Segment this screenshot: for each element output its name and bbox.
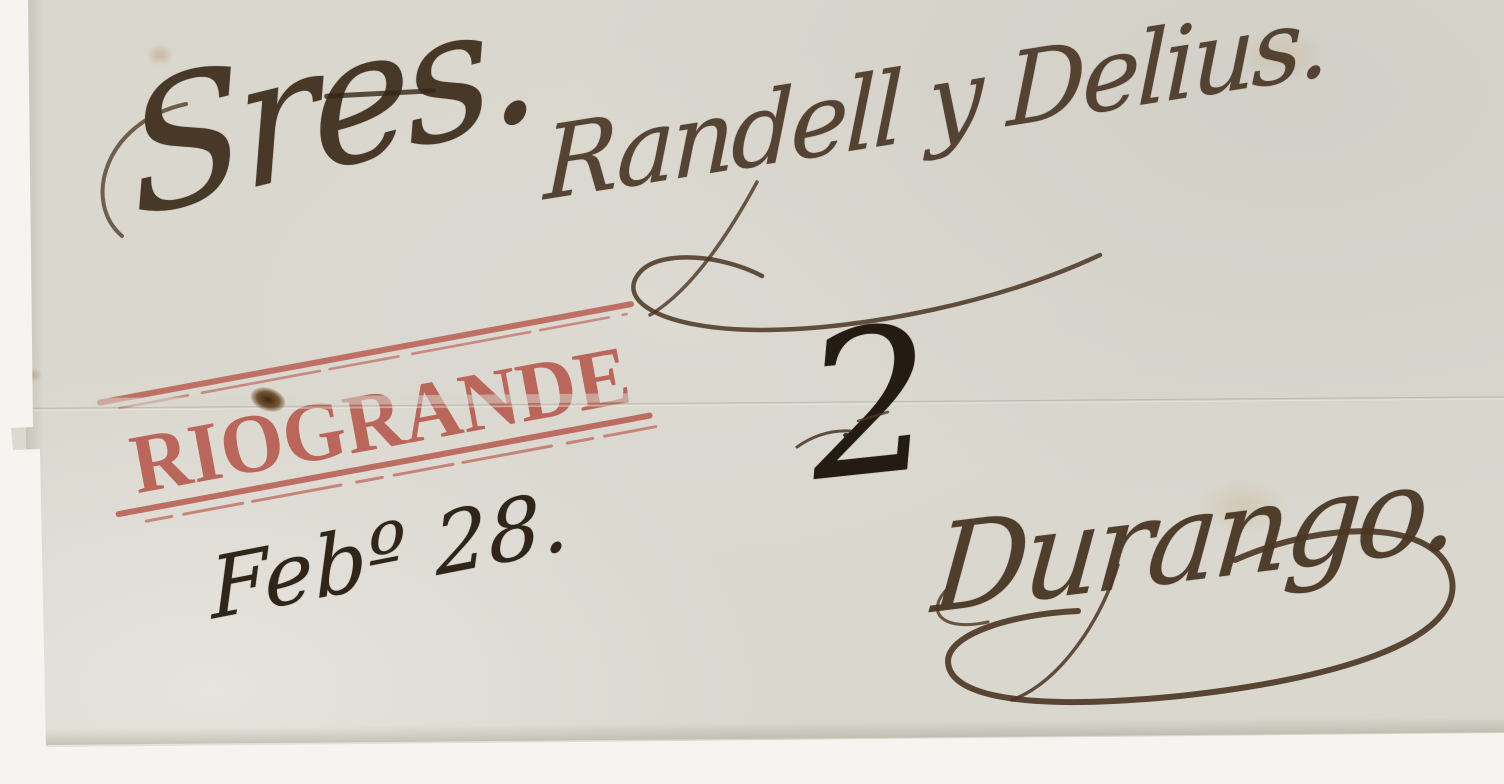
foxing-stain xyxy=(24,368,42,382)
addressee-script: Randell y Delius. xyxy=(543,0,1327,224)
rate-marking-script: 2 xyxy=(795,282,946,527)
paper-bottom-edge-shadow xyxy=(40,716,1504,745)
salutation-script: Sres. xyxy=(118,0,540,259)
letter-cover-scan: RIOGRANDE Sres. Randell y Delius. 2 Febº… xyxy=(0,0,1504,784)
destination-script: Durango. xyxy=(928,436,1461,642)
folded-letter-paper: RIOGRANDE Sres. Randell y Delius. 2 Febº… xyxy=(0,0,1504,784)
